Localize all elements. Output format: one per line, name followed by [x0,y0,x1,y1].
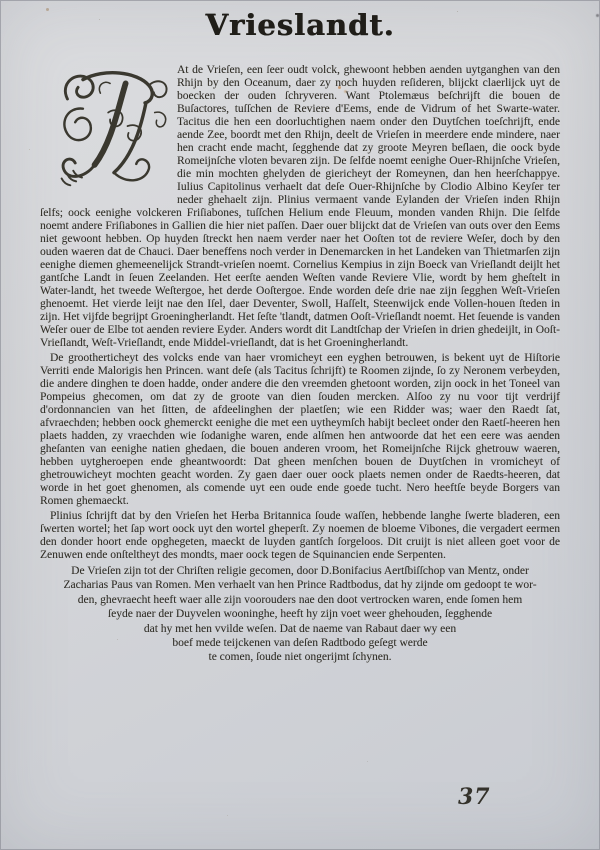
closing-paragraph: De Vrieſen zijn tot der Chriſten religie… [40,564,560,665]
closing-line: dat hy met hen vvilde weſen. Dat de naem… [40,622,560,636]
paragraph-2: De grootherticheyt des volcks ende van h… [40,352,560,508]
drop-cap-initial-D: D [40,64,177,196]
closing-line: den, ghevraecht heeft waer alle zijn voo… [40,593,560,607]
body-text-block: D At de Vrieſen [40,64,560,665]
page-title: Vrieslandt. [0,8,600,42]
calligraphic-flourish-icon [52,66,174,194]
book-page: Vrieslandt. D [0,0,600,850]
paragraph-3: Plinius ſchrijft dat by den Vrieſen het … [40,510,560,562]
drop-cap-letter: D [40,64,41,65]
closing-line: ſeyde naer der Duyvelen wooninghe, heeft… [40,607,560,621]
closing-line: boef mede teijckenen van deſen Radtbodo … [40,636,560,650]
page-number: 37 [458,784,491,810]
closing-line: De Vrieſen zijn tot der Chriſten religie… [40,564,560,578]
closing-line: Zacharias Paus van Romen. Men verhaelt v… [40,578,560,592]
closing-line: te comen, ſoude niet ongerijmt ſchynen. [40,650,560,664]
